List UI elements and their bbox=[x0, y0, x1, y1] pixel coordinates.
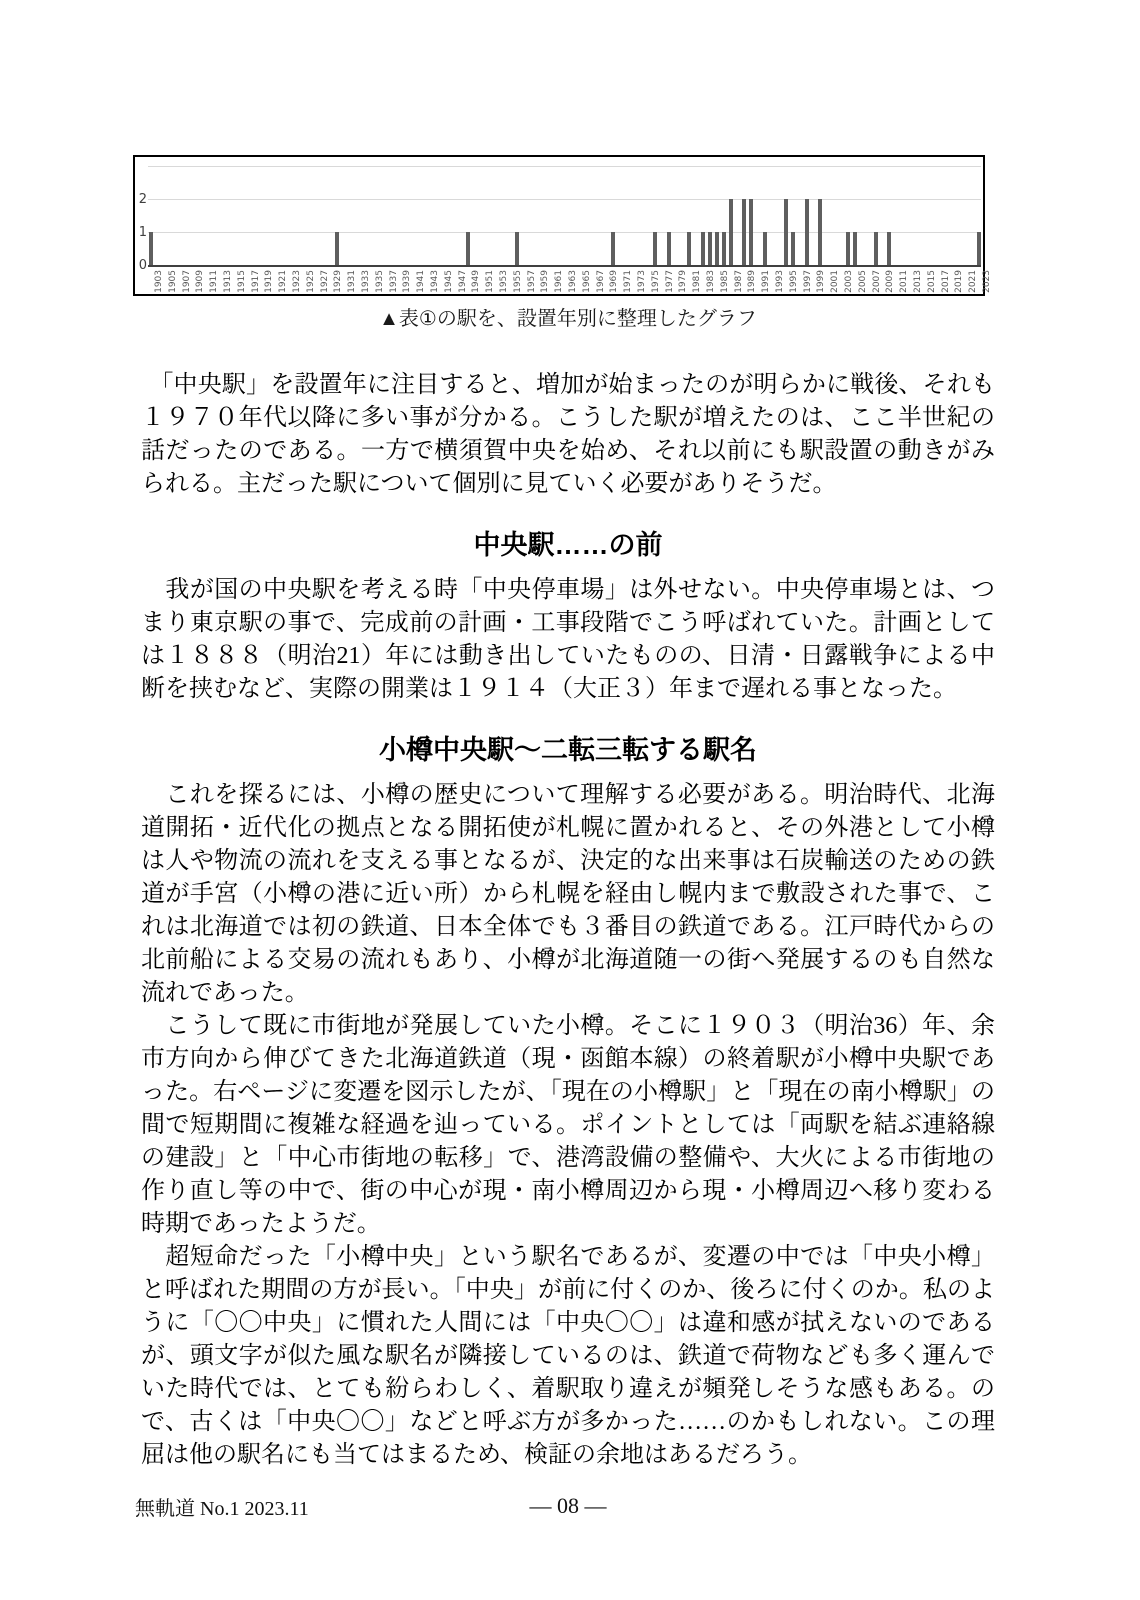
x-axis-tick-label: 2023 bbox=[983, 270, 992, 293]
x-axis-tick-label: 1917 bbox=[252, 270, 261, 293]
x-axis-tick-label: 1955 bbox=[514, 270, 523, 293]
x-axis-tick-label: 2013 bbox=[914, 270, 923, 293]
x-axis-tick-label: 1995 bbox=[790, 270, 799, 293]
chart-bar bbox=[887, 232, 891, 265]
chart-bar bbox=[784, 199, 788, 265]
x-axis-tick-label: 1971 bbox=[624, 270, 633, 293]
paragraph-otaru-chuo-station: こうして既に市街地が発展していた小樽。そこに１９０３（明治36）年、余市方向から… bbox=[141, 1010, 995, 1241]
y-axis-tick-label: 1 bbox=[135, 224, 147, 241]
x-axis-tick-label: 1919 bbox=[265, 270, 274, 293]
x-axis-tick-label: 1985 bbox=[721, 270, 730, 293]
x-axis-tick-label: 2019 bbox=[955, 270, 964, 293]
x-axis-tick-label: 1911 bbox=[210, 270, 219, 293]
footer-page-number: — 08 — bbox=[141, 1492, 995, 1520]
body-text-column: 「中央駅」を設置年に注目すると、増加が始まったのが明らかに戦後、それも１９７０年… bbox=[141, 369, 995, 1472]
x-axis-tick-label: 1953 bbox=[500, 270, 509, 293]
chart-bar bbox=[149, 232, 153, 265]
paragraph-chuo-teishaba: 我が国の中央駅を考える時「中央停車場」は外せない。中央停車場とは、つまり東京駅の… bbox=[141, 574, 995, 706]
chart-bar bbox=[742, 199, 746, 265]
x-axis-tick-label: 1915 bbox=[238, 270, 247, 293]
chart-bar bbox=[749, 199, 753, 265]
x-axis-tick-label: 1921 bbox=[279, 270, 288, 293]
chart-bar bbox=[701, 232, 705, 265]
paragraph-naming-order: 超短命だった「小樽中央」という駅名であるが、変遷の中では「中央小樽」と呼ばれた期… bbox=[141, 1241, 995, 1472]
chart-bar bbox=[611, 232, 615, 265]
x-axis-tick-label: 1937 bbox=[390, 270, 399, 293]
chart-bar bbox=[708, 232, 712, 265]
y-axis-tick-label: 2 bbox=[135, 191, 147, 208]
station-year-bar-chart: 0121903190519071909191119131915191719191… bbox=[133, 155, 985, 296]
document-page: 0121903190519071909191119131915191719191… bbox=[0, 0, 1140, 1600]
x-axis-tick-label: 1989 bbox=[748, 270, 757, 293]
x-axis-tick-label: 1967 bbox=[597, 270, 606, 293]
chart-bar bbox=[667, 232, 671, 265]
chart-bar bbox=[846, 232, 850, 265]
chart-bar bbox=[874, 232, 878, 265]
y-axis-tick-label: 0 bbox=[135, 257, 147, 274]
x-axis-tick-label: 1933 bbox=[362, 270, 371, 293]
x-axis-tick-label: 1949 bbox=[472, 270, 481, 293]
chart-plot-area: 0121903190519071909191119131915191719191… bbox=[135, 157, 983, 294]
chart-caption: ▲表①の駅を、設置年別に整理したグラフ bbox=[141, 306, 995, 332]
heading-before-chuo-eki: 中央駅……の前 bbox=[141, 528, 995, 562]
chart-bar bbox=[729, 199, 733, 265]
x-axis-tick-label: 2005 bbox=[859, 270, 868, 293]
x-axis-tick-label: 1961 bbox=[555, 270, 564, 293]
x-axis-tick-label: 1957 bbox=[528, 270, 537, 293]
x-axis-tick-label: 1987 bbox=[735, 270, 744, 293]
x-axis-tick-label: 1951 bbox=[486, 270, 495, 293]
x-axis-tick-label: 1945 bbox=[445, 270, 454, 293]
x-axis-tick-label: 1923 bbox=[293, 270, 302, 293]
x-axis-tick-label: 1991 bbox=[762, 270, 771, 293]
heading-otaru-chuo: 小樽中央駅～二転三転する駅名 bbox=[141, 733, 995, 767]
chart-bar bbox=[791, 232, 795, 265]
x-axis-tick-label: 1939 bbox=[403, 270, 412, 293]
chart-bar bbox=[515, 232, 519, 265]
x-axis-tick-label: 1909 bbox=[196, 270, 205, 293]
x-axis-tick-label: 1981 bbox=[693, 270, 702, 293]
x-axis-tick-label: 1925 bbox=[307, 270, 316, 293]
x-axis-tick-label: 1903 bbox=[155, 270, 164, 293]
x-axis-tick-label: 1969 bbox=[610, 270, 619, 293]
chart-bar bbox=[805, 199, 809, 265]
x-axis-tick-label: 1941 bbox=[417, 270, 426, 293]
x-axis-line bbox=[148, 265, 981, 267]
x-axis-tick-label: 1927 bbox=[321, 270, 330, 293]
x-axis-tick-label: 2017 bbox=[942, 270, 951, 293]
x-axis-tick-label: 2021 bbox=[969, 270, 978, 293]
x-axis-tick-label: 2011 bbox=[900, 270, 909, 293]
x-axis-tick-label: 1963 bbox=[569, 270, 578, 293]
x-axis-tick-label: 2007 bbox=[873, 270, 882, 293]
x-axis-tick-label: 1993 bbox=[776, 270, 785, 293]
x-axis-tick-label: 2001 bbox=[831, 270, 840, 293]
x-axis-tick-label: 1947 bbox=[459, 270, 468, 293]
paragraph-intro: 「中央駅」を設置年に注目すると、増加が始まったのが明らかに戦後、それも１９７０年… bbox=[141, 369, 995, 501]
x-axis-tick-label: 2003 bbox=[845, 270, 854, 293]
chart-bar bbox=[653, 232, 657, 265]
chart-bar bbox=[335, 232, 339, 265]
x-axis-tick-label: 1959 bbox=[541, 270, 550, 293]
chart-bar bbox=[853, 232, 857, 265]
x-axis-tick-label: 1913 bbox=[224, 270, 233, 293]
x-axis-tick-label: 1929 bbox=[334, 270, 343, 293]
x-axis-tick-label: 1979 bbox=[679, 270, 688, 293]
x-axis-tick-label: 1973 bbox=[638, 270, 647, 293]
x-axis-tick-label: 1977 bbox=[666, 270, 675, 293]
chart-gridline bbox=[148, 166, 981, 167]
x-axis-tick-label: 2015 bbox=[928, 270, 937, 293]
chart-gridline bbox=[148, 199, 981, 200]
x-axis-tick-label: 1999 bbox=[817, 270, 826, 293]
x-axis-tick-label: 2009 bbox=[886, 270, 895, 293]
x-axis-tick-label: 1965 bbox=[583, 270, 592, 293]
chart-bar bbox=[722, 232, 726, 265]
chart-bar bbox=[466, 232, 470, 265]
x-axis-tick-label: 1975 bbox=[652, 270, 661, 293]
x-axis-tick-label: 1905 bbox=[169, 270, 178, 293]
x-axis-tick-label: 1983 bbox=[707, 270, 716, 293]
paragraph-otaru-history: これを探るには、小樽の歴史について理解する必要がある。明治時代、北海道開拓・近代… bbox=[141, 779, 995, 1010]
x-axis-tick-label: 1907 bbox=[183, 270, 192, 293]
x-axis-tick-label: 1943 bbox=[431, 270, 440, 293]
x-axis-tick-label: 1935 bbox=[376, 270, 385, 293]
chart-bar bbox=[763, 232, 767, 265]
chart-bar bbox=[715, 232, 719, 265]
x-axis-tick-label: 1997 bbox=[804, 270, 813, 293]
chart-bar bbox=[977, 232, 981, 265]
x-axis-tick-label: 1931 bbox=[348, 270, 357, 293]
chart-bar bbox=[687, 232, 691, 265]
chart-bar bbox=[818, 199, 822, 265]
